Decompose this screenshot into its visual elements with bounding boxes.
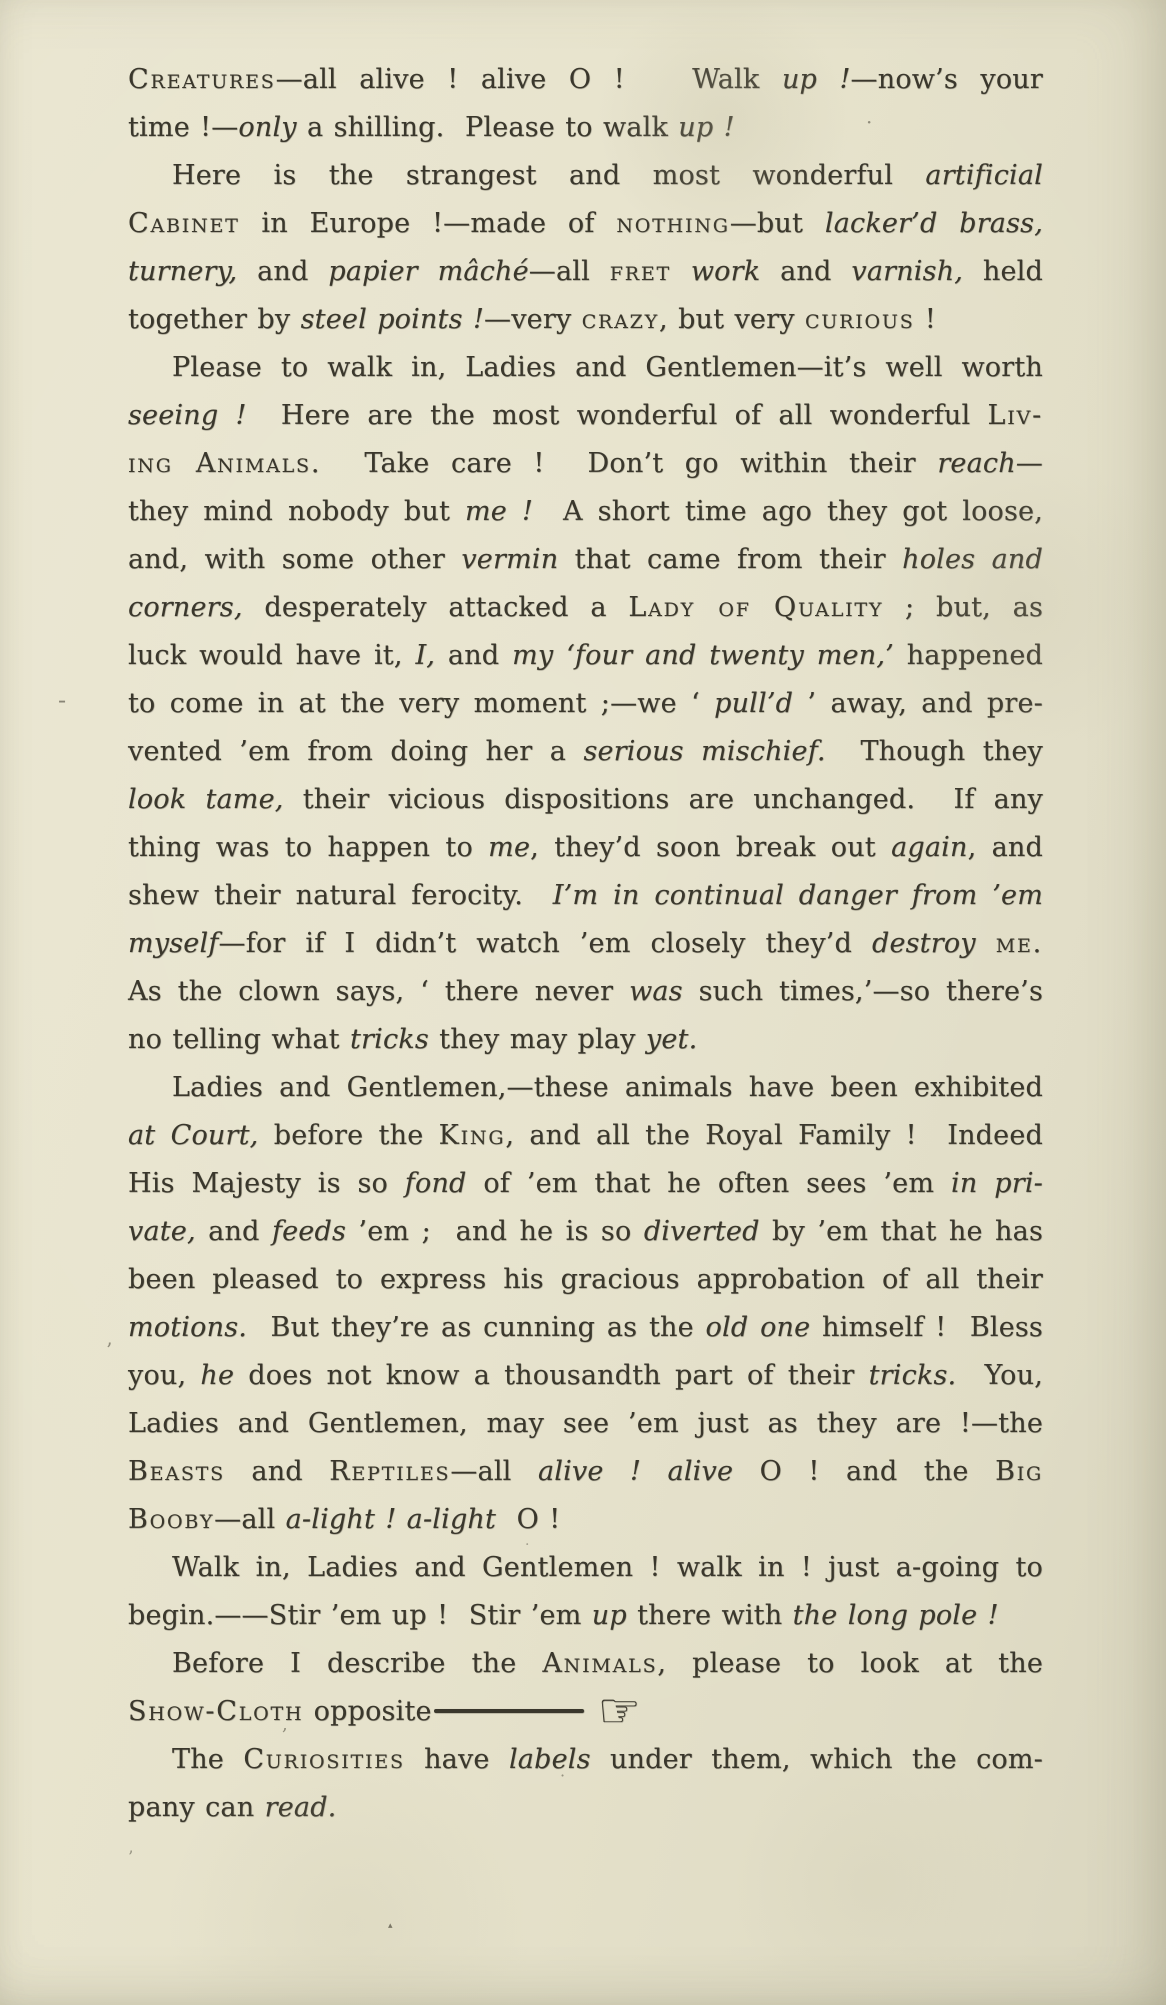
text-line: Booby—all a-light ! a-light O ! (128, 1496, 1043, 1544)
text-run: varnish, (851, 256, 963, 287)
text-run: —all (450, 1456, 538, 1487)
text-run: you, (128, 1360, 200, 1391)
text-run: Beasts (128, 1456, 225, 1487)
text-run: to come in at the very moment ;—we ‘ (128, 688, 714, 719)
text-run: me ! (465, 496, 533, 527)
text-line: The Curiosities have labels under them, … (128, 1736, 1043, 1784)
text-run: desperately attacked a (243, 592, 629, 623)
text-line: vate, and feeds ’em ; and he is so diver… (128, 1208, 1043, 1256)
text-run: read. (265, 1792, 337, 1823)
text-run: Ladies and Gentlemen,—these animals have… (172, 1072, 1043, 1103)
text-run: His Majesty is so (128, 1168, 405, 1199)
text-run: , please to look at the (657, 1648, 1043, 1679)
text-run: a-light ! a-light (286, 1504, 496, 1535)
text-line: ing Animals. Take care ! Don’t go within… (128, 440, 1043, 488)
text-run: ’ away, and pre- (793, 688, 1043, 719)
text-line: you, he does not know a thousandth part … (128, 1352, 1043, 1400)
ink-speck: ▴ (388, 1922, 393, 1931)
text-run: diverted (644, 1216, 760, 1247)
text-run: King (439, 1120, 506, 1151)
text-run: together by (128, 304, 301, 335)
text-line: Ladies and Gentlemen, may see ’em just a… (128, 1400, 1043, 1448)
text-run: Big (995, 1456, 1043, 1487)
text-run: steel points ! (301, 304, 484, 335)
text-run: myself (128, 928, 219, 959)
text-run: up ! (782, 64, 851, 95)
text-line: Walk in, Ladies and Gentlemen ! walk in … (128, 1544, 1043, 1592)
text-run: vate, (128, 1216, 196, 1247)
text-run: Ladies and Gentlemen, may see ’em just a… (128, 1408, 1043, 1439)
text-run: destroy (872, 928, 976, 959)
text-run: fond (405, 1168, 467, 1199)
text-line: Show-Cloth opposite☞ (128, 1688, 1043, 1736)
text-line: Please to walk in, Ladies and Gentlemen—… (128, 344, 1043, 392)
text-run: of ’em that he often sees ’em (467, 1168, 951, 1199)
text-run: yet. (646, 1024, 697, 1055)
text-run: by ’em that he has (760, 1216, 1043, 1247)
text-run: such times,’—so there’s (683, 976, 1043, 1007)
text-run: seeing ! (128, 400, 247, 431)
text-line: As the clown says, ‘ there never was suc… (128, 968, 1043, 1016)
text-run: O ! (496, 1504, 560, 1535)
text-run: labels (509, 1744, 591, 1775)
text-run: have (405, 1744, 509, 1775)
text-run: their vicious dispositions are unchanged… (284, 784, 1043, 815)
text-run: up ! (678, 112, 734, 143)
text-run: no telling what (128, 1024, 350, 1055)
text-run: tricks. (869, 1360, 957, 1391)
text-run: papier mâché (328, 256, 528, 287)
text-run: under them, which the com- (591, 1744, 1043, 1775)
text-line: pany can read. (128, 1784, 1043, 1832)
text-run: look tame, (128, 784, 284, 815)
text-run: time !— (128, 112, 238, 143)
text-line: thing was to happen to me, they’d soon b… (128, 824, 1043, 872)
text-run: Before I describe the (172, 1648, 542, 1679)
text-run: ing Animals. (128, 448, 321, 479)
text-line: corners, desperately attacked a Lady of … (128, 584, 1043, 632)
manicule-icon: ☞ (598, 1683, 641, 1739)
text-run: in Europe !—made of (240, 208, 617, 239)
text-run: —now’s your (851, 64, 1043, 95)
text-run: tricks (350, 1024, 429, 1055)
text-line: to come in at the very moment ;—we ‘ pul… (128, 680, 1043, 728)
text-run: feeds (272, 1216, 346, 1247)
text-run: —all (214, 1504, 285, 1535)
text-line: and, with some other vermin that came fr… (128, 536, 1043, 584)
text-run: been pleased to express his gracious app… (128, 1264, 1043, 1295)
text-run: happened (894, 640, 1043, 671)
text-run: thing was to happen to (128, 832, 488, 863)
text-line: turnery, and papier mâché—all fret work … (128, 248, 1043, 296)
text-run: ; but, as (883, 592, 1043, 623)
text-run: himself ! Bless (810, 1312, 1043, 1343)
text-run: crazy (582, 304, 659, 335)
text-run: and (225, 1456, 329, 1487)
text-line: motions. But they’re as cunning as the o… (128, 1304, 1043, 1352)
text-run: —but (730, 208, 825, 239)
text-line: at Court, before the King, and all the R… (128, 1112, 1043, 1160)
ink-speck: ’ (128, 1850, 133, 1867)
text-run: alive ! alive (538, 1456, 733, 1487)
text-run: Animals (542, 1648, 657, 1679)
text-run: O ! and the (733, 1456, 995, 1487)
text-line: Cabinet in Europe !—made of nothing—but … (128, 200, 1043, 248)
text-line: time !—only a shilling. Please to walk u… (128, 104, 1043, 152)
text-run: the long pole ! (793, 1600, 999, 1631)
text-run: —all alive ! alive O ! Walk (276, 64, 782, 95)
text-run: they may play (429, 1024, 646, 1055)
text-line: Ladies and Gentlemen,—these animals have… (128, 1064, 1043, 1112)
text-run: he (200, 1360, 234, 1391)
text-run: and (196, 1216, 272, 1247)
text-line: luck would have it, I, and my ‘four and … (128, 632, 1043, 680)
text-run: vented ’em from doing her a (128, 736, 583, 767)
text-run: Though they (826, 736, 1043, 767)
text-run: ’em ; and he is so (346, 1216, 644, 1247)
text-run: Lady of Quality (628, 592, 883, 623)
text-run: Take care ! Don’t go within their (321, 448, 937, 479)
text-run: fret (610, 256, 671, 287)
text-line: Here is the strangest and most wonderful… (128, 152, 1043, 200)
text-run: —all (529, 256, 610, 287)
text-line: Beasts and Reptiles—all alive ! alive O … (128, 1448, 1043, 1496)
text-line: His Majesty is so fond of ’em that he of… (128, 1160, 1043, 1208)
text-run: Curiosities (243, 1744, 404, 1775)
text-run: in pri- (951, 1168, 1043, 1199)
book-page: Creatures—all alive ! alive O ! Walk up … (0, 0, 1166, 2005)
text-run: and (237, 256, 328, 287)
text-run: Reptiles (329, 1456, 450, 1487)
text-run: The (172, 1744, 243, 1775)
text-run: work (691, 256, 760, 287)
text-run: only (238, 112, 296, 143)
text-run: motions. (128, 1312, 247, 1343)
text-run: holes and (902, 544, 1043, 575)
text-run: Liv- (988, 400, 1043, 431)
text-run: Cabinet (128, 208, 240, 239)
page-text-block: Creatures—all alive ! alive O ! Walk up … (128, 56, 1043, 1832)
text-run: You, (956, 1360, 1043, 1391)
text-run: Booby (128, 1504, 214, 1535)
text-run: and (435, 640, 512, 671)
text-run: corners, (128, 592, 243, 623)
text-run: begin.——Stir ’em up ! Stir ’em (128, 1600, 592, 1631)
text-line: Creatures—all alive ! alive O ! Walk up … (128, 56, 1043, 104)
text-line: seeing ! Here are the most wonderful of … (128, 392, 1043, 440)
text-run: turnery, (128, 256, 237, 287)
text-run: does not know a thousandth part of their (234, 1360, 868, 1391)
text-run: curious (805, 304, 915, 335)
text-line: they mind nobody but me ! A short time a… (128, 488, 1043, 536)
text-run: , and (968, 832, 1043, 863)
text-run: reach— (937, 448, 1043, 479)
text-line: look tame, their vicious dispositions ar… (128, 776, 1043, 824)
text-run: I’m in continual danger from ’em (553, 880, 1043, 911)
text-run: Here are the most wonderful of all wonde… (247, 400, 988, 431)
text-run: Please to walk in, Ladies and Gentlemen—… (172, 352, 1043, 383)
dash-rule (434, 1709, 584, 1713)
text-run (671, 256, 691, 287)
ink-speck: ’ (106, 1340, 112, 1360)
text-run: Creatures (128, 64, 276, 95)
text-run: up (592, 1600, 627, 1631)
text-line: been pleased to express his gracious app… (128, 1256, 1043, 1304)
text-run: luck would have it, (128, 640, 415, 671)
text-run: serious mischief. (583, 736, 825, 767)
text-line: begin.——Stir ’em up ! Stir ’em up there … (128, 1592, 1043, 1640)
text-run: But they’re as cunning as the (247, 1312, 706, 1343)
text-run: they mind nobody but (128, 496, 465, 527)
text-line: Before I describe the Animals, please to… (128, 1640, 1043, 1688)
text-run: , but very (659, 304, 805, 335)
text-run: Walk in, Ladies and Gentlemen ! walk in … (172, 1552, 1043, 1583)
text-run: nothing (616, 208, 729, 239)
text-run: my ‘four and twenty men,’ (512, 640, 894, 671)
text-run: —for if I didn’t watch ’em closely they’… (219, 928, 872, 959)
text-run: again (891, 832, 968, 863)
text-line: together by steel points !—very crazy, b… (128, 296, 1043, 344)
text-run: before the (258, 1120, 438, 1151)
text-run: opposite (303, 1696, 431, 1727)
text-run: vermin (461, 544, 558, 575)
text-run: , and all the Royal Family ! Indeed (505, 1120, 1043, 1151)
text-run: at Court, (128, 1120, 258, 1151)
text-run: ! (915, 304, 936, 335)
text-run: old one (706, 1312, 811, 1343)
text-line: no telling what tricks they may play yet… (128, 1016, 1043, 1064)
text-run: me (488, 832, 530, 863)
text-run: held (963, 256, 1043, 287)
text-run: As the clown says, ‘ there never (128, 976, 629, 1007)
text-run (976, 928, 996, 959)
text-run: was (629, 976, 683, 1007)
text-line: vented ’em from doing her a serious misc… (128, 728, 1043, 776)
text-run: shew their natural ferocity. (128, 880, 553, 911)
text-run: a shilling. Please to walk (297, 112, 679, 143)
text-run: and (760, 256, 851, 287)
text-run: —very (484, 304, 582, 335)
text-run: and, with some other (128, 544, 461, 575)
text-run: Show-Cloth (128, 1696, 303, 1727)
ink-speck: - (58, 688, 66, 712)
text-run: , they’d soon break out (530, 832, 891, 863)
text-run: I, (415, 640, 435, 671)
text-run: lacker’d brass, (825, 208, 1043, 239)
text-run: artificial (925, 160, 1043, 191)
text-run: me. (996, 928, 1043, 959)
text-run: pull’d (714, 688, 793, 719)
text-run: Here is the strangest and most wonderful (172, 160, 925, 191)
text-line: myself—for if I didn’t watch ’em closely… (128, 920, 1043, 968)
text-line: shew their natural ferocity. I’m in cont… (128, 872, 1043, 920)
text-run: that came from their (558, 544, 902, 575)
text-run: there with (627, 1600, 793, 1631)
text-run: A short time ago they got loose, (533, 496, 1043, 527)
text-run: pany can (128, 1792, 265, 1823)
